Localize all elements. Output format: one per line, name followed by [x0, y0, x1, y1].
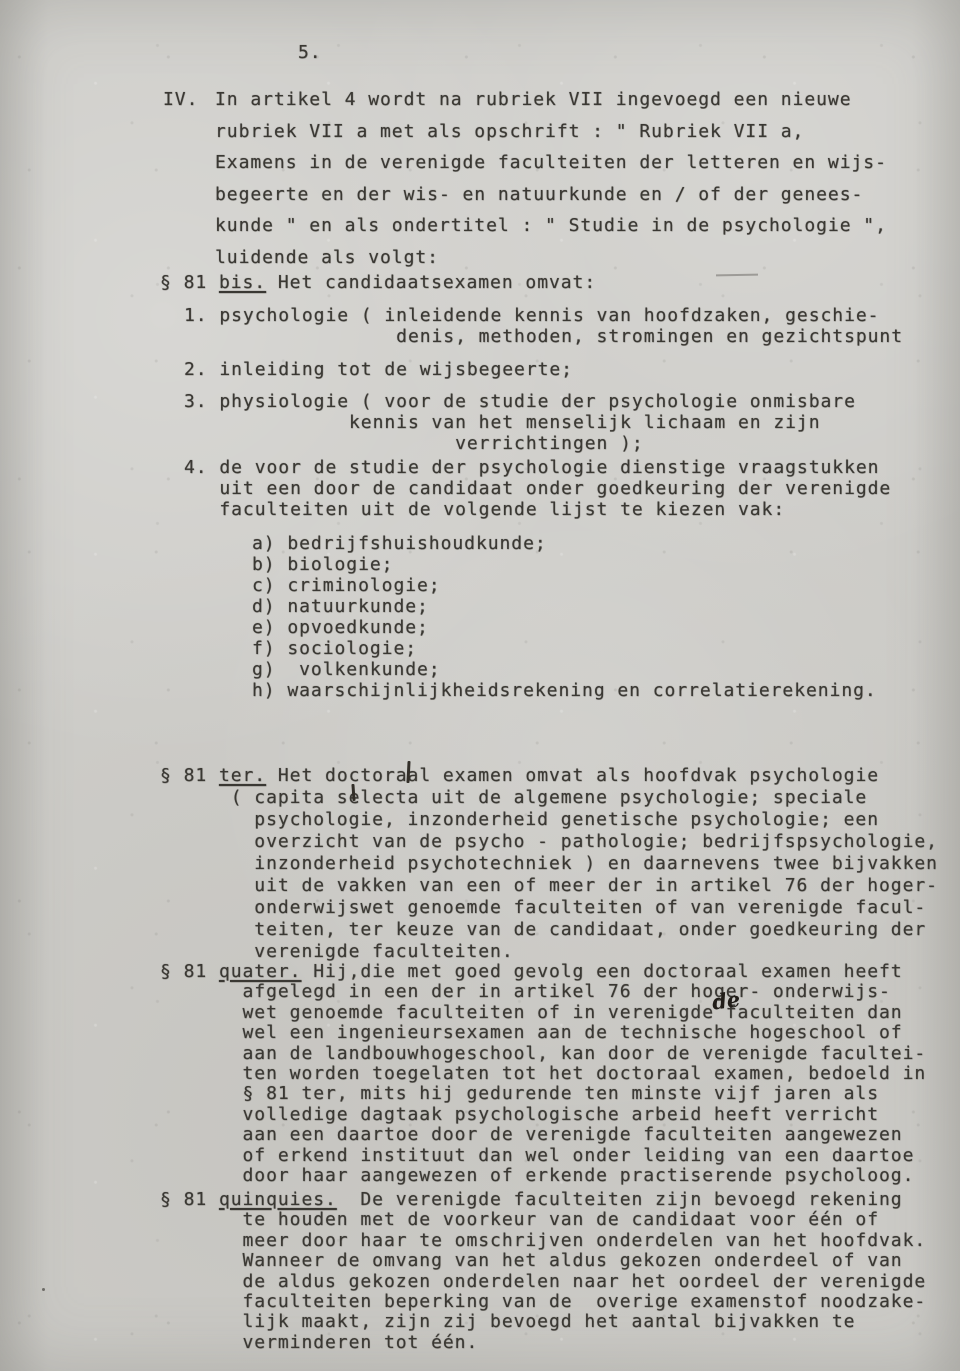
subject-list: a) bedrijfshuishoudkunde; b) biologie; c… — [252, 533, 877, 701]
section-81quater-body: afgelegd in een der in artikel 76 der ho… — [160, 982, 926, 1186]
section-keyword: quater. — [219, 961, 302, 982]
section-81ter-body: ( capita selecta uit de algemene psychol… — [160, 787, 938, 963]
section-81bis: § 81 bis. Het candidaatsexamen omvat: — [160, 272, 596, 293]
page-number: 5. — [298, 42, 322, 63]
section-prefix: § 81 — [160, 961, 219, 982]
article-iv-lines: In artikel 4 wordt na rubriek VII ingevo… — [215, 84, 887, 273]
pencil-dash-mark — [716, 274, 758, 277]
section-heading-rest: Het doctoraal examen omvat als hoofdvak … — [266, 765, 879, 786]
section-81ter: § 81 ter. Het doctoraal examen omvat als… — [160, 765, 938, 963]
section-prefix: § 81 — [160, 1189, 219, 1210]
section-heading-rest: Het candidaatsexamen omvat: — [266, 272, 596, 293]
section-81bis-heading: § 81 bis. Het candidaatsexamen omvat: — [160, 272, 596, 293]
exam-item-3: 3. physiologie ( voor de studie der psyc… — [184, 391, 856, 454]
scanned-document-page: 5. IV. In artikel 4 wordt na rubriek VII… — [0, 0, 960, 1371]
section-keyword: bis. — [219, 272, 266, 293]
section-81quinquies-body: te houden met de voorkeur van de candida… — [160, 1210, 926, 1353]
section-heading-rest: Hij,die met goed gevolg een doctoraal ex… — [301, 961, 902, 982]
exam-item-2: 2. inleiding tot de wijsbegeerte; — [184, 359, 573, 380]
section-81ter-heading: § 81 ter. Het doctoraal examen omvat als… — [160, 765, 938, 787]
margin-dot — [42, 1288, 45, 1291]
section-heading-rest: De verenigde faculteiten zijn bevoegd re… — [337, 1189, 903, 1210]
section-81quinquies-heading: § 81 quinquies. De verenigde faculteiten… — [160, 1190, 926, 1210]
article-iv-marker: IV. — [163, 84, 215, 273]
section-81quinquies: § 81 quinquies. De verenigde faculteiten… — [160, 1190, 926, 1353]
section-keyword: quinquies. — [219, 1189, 337, 1210]
section-81quater-heading: § 81 quater. Hij,die met goed gevolg een… — [160, 962, 926, 982]
exam-item-4: 4. de voor de studie der psychologie die… — [184, 457, 891, 520]
handwritten-insert-de: de — [711, 986, 742, 1014]
article-iv-paragraph: IV. In artikel 4 wordt na rubriek VII in… — [163, 84, 887, 273]
section-81quater: § 81 quater. Hij,die met goed gevolg een… — [160, 962, 926, 1186]
section-prefix: § 81 — [160, 765, 219, 786]
section-prefix: § 81 — [160, 272, 219, 293]
exam-item-1: 1. psychologie ( inleidende kennis van h… — [184, 305, 903, 347]
section-keyword: ter. — [219, 765, 266, 786]
